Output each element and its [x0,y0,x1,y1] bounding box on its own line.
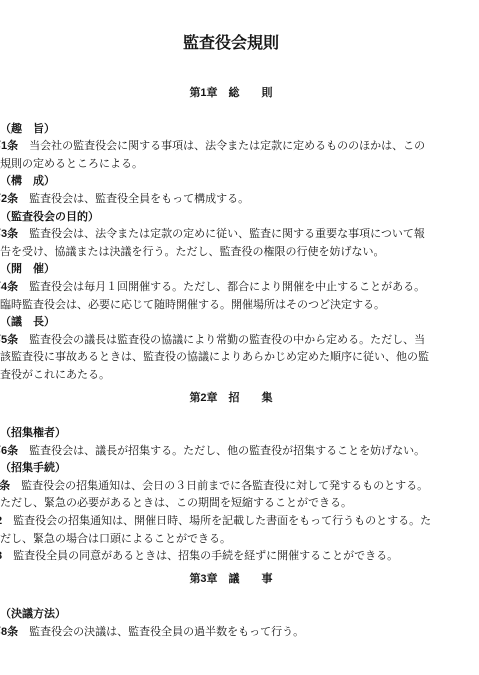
section-heading: （構 成） [0,173,479,191]
paragraph-text: 監査役会は毎月１回開催する。ただし、都合により開催を中止することがある。 臨時監… [0,281,425,311]
article-paragraph: 第4条 監査役会は毎月１回開催する。ただし、都合により開催を中止することがある。… [0,279,479,314]
chapter-heading: 第2章 招 集 [0,390,462,408]
paragraph-text: 当会社の監査役会に関する事項は、法令または定款に定めるもののほかは、この 規則の… [0,140,425,170]
article-number: 第4条 [0,281,18,293]
article-number: 第6条 [0,445,18,457]
article-number: 第2条 [0,193,18,205]
section-heading: （招集手続） [0,460,479,478]
article-number: 第1条 [0,140,18,152]
document-title: 監査役会規則 [0,34,462,54]
paragraph-text: 監査役会は、議長が招集する。ただし、他の監査役が招集することを妨げない。 [18,445,425,457]
article-number: 第3条 [0,228,18,240]
chapter-heading: 第3章 議 事 [0,571,462,589]
section-heading: （招集権者） [0,425,479,443]
paragraph-text: 監査役会の招集通知は、開催日時、場所を記載した書面をもって行うものとする。た だ… [0,515,431,545]
article-paragraph: 第5条 監査役会の議長は監査役の協議により常勤の監査役の中から定める。ただし、当… [0,332,479,385]
chapter-heading: 第1章 総 則 [0,85,462,103]
paragraph-text: 監査役会は、監査役全員をもって構成する。 [18,193,249,205]
article-number: 第5条 [0,334,18,346]
section-heading: （監査役会の目的） [0,209,479,227]
article-number: 第8条 [0,626,18,638]
paragraph-text: 監査役会の招集通知は、会日の３日前までに各監査役に対して発するものとする。 ただ… [0,480,428,510]
article-paragraph: 第8条 監査役会の決議は、監査役全員の過半数をもって行う。 [0,624,479,642]
article-paragraph: 第6条 監査役会は、議長が招集する。ただし、他の監査役が招集することを妨げない。 [0,443,479,461]
document-body: 第1章 総 則（趣 旨）第1条 当会社の監査役会に関する事項は、法令または定款に… [0,85,479,642]
paragraph-text: 監査役会の決議は、監査役全員の過半数をもって行う。 [18,626,304,638]
numbered-paragraph: 3 監査役全員の同意があるときは、招集の手続を経ずに開催することができる。 [0,548,479,566]
paragraph-text: 監査役会は、法令または定款の定めに従い、監査に関する重要な事項について報 告を受… [0,228,425,258]
section-heading: （趣 旨） [0,121,479,139]
section-heading: （議 長） [0,314,479,332]
article-paragraph: 第3条 監査役会は、法令または定款の定めに従い、監査に関する重要な事項について報… [0,226,479,261]
numbered-paragraph: 2 監査役会の招集通知は、開催日時、場所を記載した書面をもって行うものとする。た… [0,513,479,548]
section-heading: （決議方法） [0,606,479,624]
paragraph-text: 監査役全員の同意があるときは、招集の手続を経ずに開催することができる。 [2,550,398,562]
document-page: 監査役会規則 第1章 総 則（趣 旨）第1条 当会社の監査役会に関する事項は、法… [0,0,479,675]
article-paragraph: 第2条 監査役会は、監査役全員をもって構成する。 [0,191,479,209]
article-paragraph: 第1条 当会社の監査役会に関する事項は、法令または定款に定めるもののほかは、この… [0,138,479,173]
section-heading: （開 催） [0,261,479,279]
paragraph-text: 監査役会の議長は監査役の協議により常勤の監査役の中から定める。ただし、当 該監査… [0,334,429,381]
article-number: 第7条 [0,480,10,492]
article-paragraph: 第7条 監査役会の招集通知は、会日の３日前までに各監査役に対して発するものとする… [0,478,479,513]
